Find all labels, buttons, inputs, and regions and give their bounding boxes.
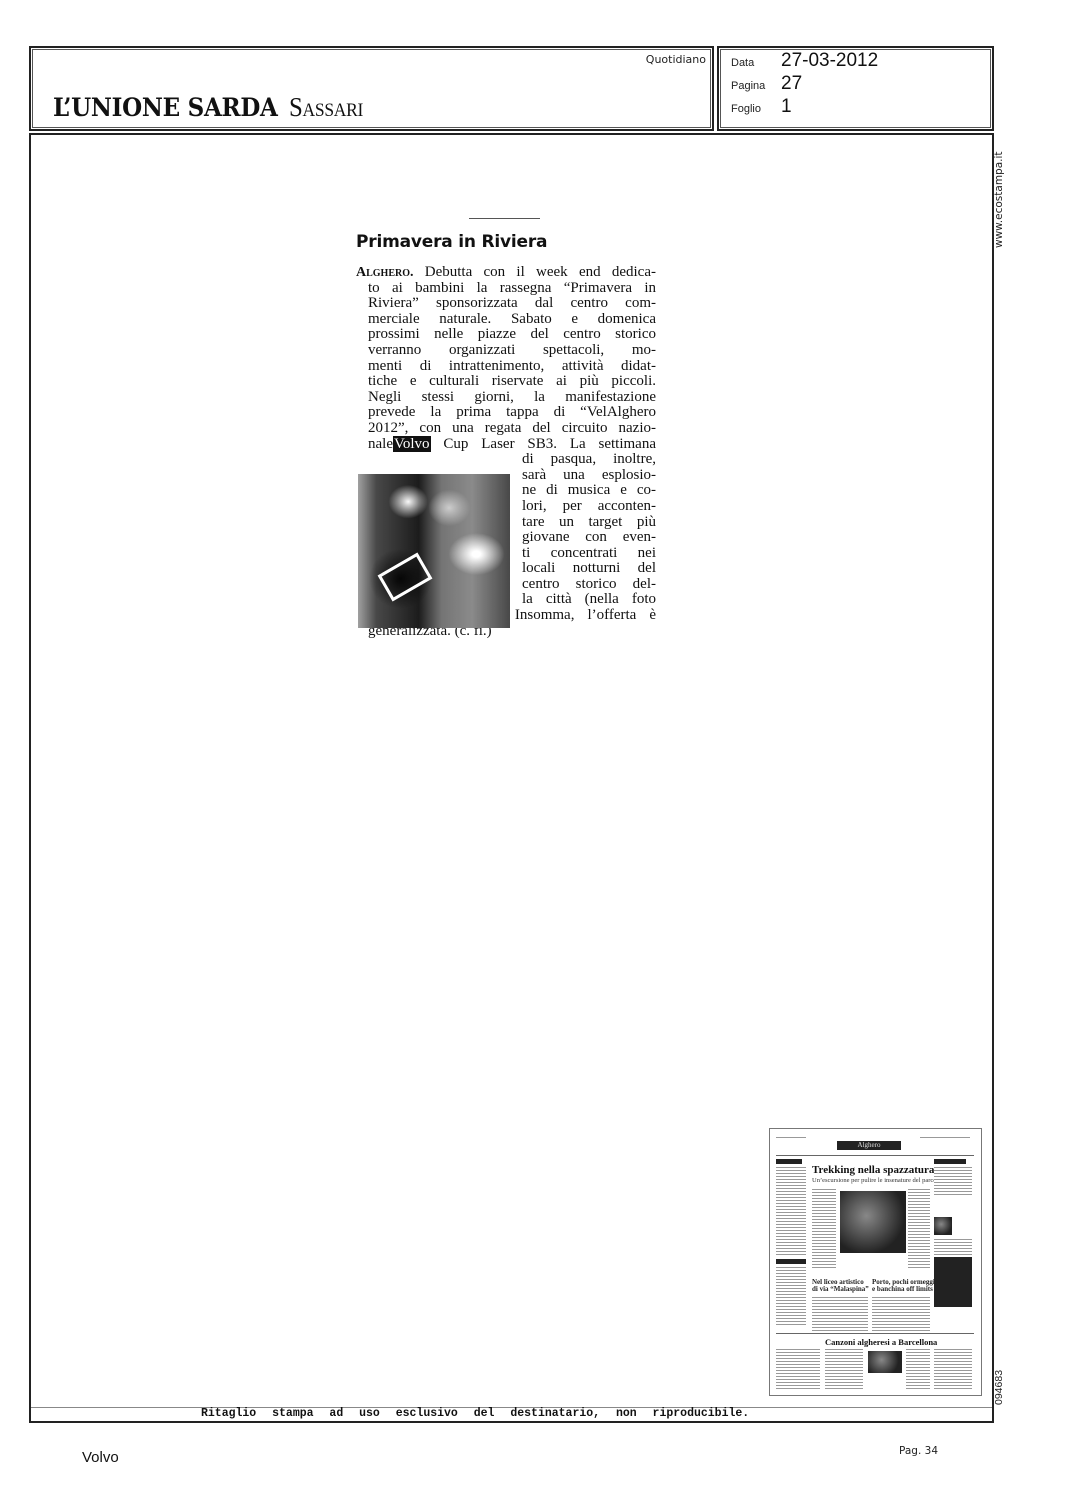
- article-line: verranno organizzati spettacoli, mo-: [356, 343, 656, 359]
- article-photo: [358, 474, 510, 628]
- meta-row-date: Data 27-03-2012: [731, 50, 878, 72]
- thumb-story4: Canzoni algheresi a Barcellona: [825, 1337, 937, 1347]
- article-line: di pasqua, inoltre,: [522, 452, 656, 468]
- article-line: centro storico del-: [522, 577, 656, 593]
- article-line: tare un target più: [522, 515, 656, 531]
- thumb-section-banner: Alghero: [837, 1141, 901, 1150]
- article-line: Negli stessi giorni, la manifestazione: [356, 390, 656, 406]
- article-line: ne di musica e co-: [522, 483, 656, 499]
- article-line: Alghero. Debutta con il week end dedica-: [356, 265, 656, 281]
- header-publication-box: Quotidiano L’UNIONE SARDA Sassari: [29, 46, 714, 131]
- page-thumbnail[interactable]: Alghero Trekking nella spazzatura Un’esc…: [769, 1128, 982, 1396]
- article-line: giovane con even-: [522, 530, 656, 546]
- article-line: lori, per acconten-: [522, 499, 656, 515]
- article-title: Primavera in Riviera: [356, 232, 547, 252]
- article-line: sarà una esplosio-: [522, 468, 656, 484]
- header-meta-box: Data 27-03-2012 Pagina 27 Foglio 1: [717, 46, 994, 131]
- article-line: 2012”, con una regata del circuito nazio…: [356, 421, 656, 437]
- thumb-subheadline: Un’escursione per pulire le insenature d…: [812, 1177, 937, 1184]
- meta-label: Pagina: [731, 80, 781, 92]
- article-line: prevede la prima tappa di “VelAlghero: [356, 405, 656, 421]
- masthead-title: L’UNIONE SARDA: [53, 93, 278, 122]
- footer-keyword: Volvo: [82, 1449, 119, 1466]
- meta-value-sheet: 1: [781, 96, 792, 118]
- headline-rule: [469, 218, 540, 219]
- footer-page-number: Pag. 34: [899, 1445, 938, 1457]
- article-line: locali notturni del: [522, 561, 656, 577]
- frequency-label: Quotidiano: [646, 53, 706, 66]
- thumb-story2: Nel liceo artisticodi via “Malaspina”: [812, 1279, 869, 1293]
- keyword-highlight: Volvo: [393, 436, 431, 452]
- disclaimer-bar: Ritaglio stampa ad uso esclusivo del des…: [29, 1407, 994, 1423]
- thumb-headline: Trekking nella spazzatura: [812, 1164, 934, 1176]
- meta-row-page: Pagina 27: [731, 73, 802, 95]
- meta-value-date: 27-03-2012: [781, 50, 878, 72]
- article-line: naleVolvo Cup Laser SB3. La settimana: [356, 437, 656, 453]
- article-line: Riviera” sponsorizzata dal centro com-: [356, 296, 656, 312]
- article-line: prossimi nelle piazze del centro storico: [356, 327, 656, 343]
- meta-label: Data: [731, 57, 781, 69]
- disclaimer-text: Ritaglio stampa ad uso esclusivo del des…: [201, 1407, 749, 1420]
- meta-row-sheet: Foglio 1: [731, 96, 792, 118]
- article-line: to ai bambini la rassegna “Primavera in: [356, 281, 656, 297]
- side-website: www.ecostampa.it: [993, 151, 1005, 248]
- masthead-edition: Sassari: [289, 92, 363, 122]
- side-code: 094683: [993, 1370, 1005, 1405]
- article-line: tiche e culturali riservate ai più picco…: [356, 374, 656, 390]
- photo-sign-shape: [378, 553, 433, 602]
- article-line: la città (nella foto: [522, 592, 656, 608]
- article-line: menti di intrattenimento, attività didat…: [356, 359, 656, 375]
- meta-value-page: 27: [781, 73, 802, 95]
- meta-label: Foglio: [731, 103, 781, 115]
- article-line: merciale naturale. Sabato e domenica: [356, 312, 656, 328]
- article-kicker: Alghero.: [356, 265, 414, 280]
- article-line: ti concentrati nei: [522, 546, 656, 562]
- masthead: L’UNIONE SARDA Sassari: [53, 92, 363, 123]
- thumb-story3: Porto, pochi ormeggie banchina off limit…: [872, 1279, 935, 1293]
